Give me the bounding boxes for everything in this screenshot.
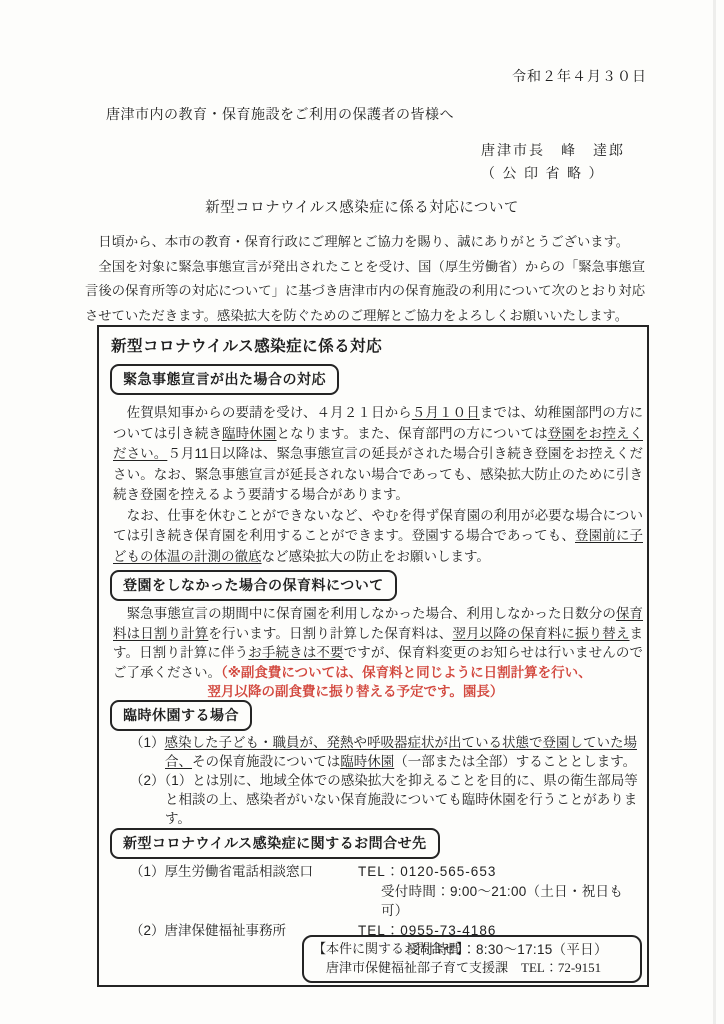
section-heading-childcare-fee: 登園をしなかった場合の保育料について [110, 570, 397, 601]
intro-paragraphs: 日頃から、本市の教育・保育行政にご理解とご協力を賜り、誠にありがとうございます。… [85, 230, 645, 328]
section-heading-inquiries: 新型コロナウイルス感染症に関するお問合せ先 [110, 828, 440, 859]
city-contact-box-detail: 唐津市保健福祉部子育て支援課 TEL：72-9151 [313, 959, 631, 978]
section1-paragraph-2: なお、仕事を休むことができないなど、やむを得ず保育園の利用が必要な場合については… [113, 506, 643, 568]
sender-seal-note: （ 公 印 省 略 ） [481, 163, 625, 186]
box-title: 新型コロナウイルス感染症に係る対応 [111, 334, 382, 356]
section-heading-temporary-closure: 臨時休園する場合 [110, 700, 252, 731]
sender-name: 唐津市長 峰 達郎 [481, 140, 625, 163]
intro-paragraph-1: 日頃から、本市の教育・保育行政にご理解とご協力を賜り、誠にありがとうございます。 [85, 230, 645, 255]
section-heading-emergency-declaration: 緊急事態宣言が出た場合の対応 [110, 364, 339, 395]
sender-block: 唐津市長 峰 達郎 （ 公 印 省 略 ） [481, 140, 625, 186]
section1-body: 佐賀県知事からの要請を受け、４月２１日から５月１０日までは、幼稚園部門の方につい… [113, 403, 643, 567]
closure-conditions-list: （1）感染した子ども・職員が、発熱や呼吸器症状が出ている状態で登園していた場合、… [130, 733, 642, 828]
contact-hours-mhlw: 受付時間：9:00～21:00（土日・祝日も可） [130, 882, 642, 921]
section2-paragraph: 緊急事態宣言の期間中に保育園を利用しなかった場合、利用しなかった日数分の保育料は… [113, 604, 643, 702]
contact-tel-mhlw: TEL：0120-565-653 [358, 862, 496, 882]
scanned-letter-page: 令和２年４月３０日 唐津市内の教育・保育施設をご利用の保護者の皆様へ 唐津市長 … [0, 0, 724, 1024]
city-contact-box: 【本件に関するお問合せ】 唐津市保健福祉部子育て支援課 TEL：72-9151 [302, 935, 642, 983]
document-date: 令和２年４月３０日 [512, 66, 647, 86]
contact-row-mhlw: （1）厚生労働省電話相談窓口 TEL：0120-565-653 [130, 862, 642, 882]
section1-paragraph-1: 佐賀県知事からの要請を受け、４月２１日から５月１０日までは、幼稚園部門の方につい… [113, 403, 643, 506]
response-main-box: 新型コロナウイルス感染症に係る対応 緊急事態宣言が出た場合の対応 佐賀県知事から… [97, 325, 649, 987]
intro-paragraph-2: 全国を対象に緊急事態宣言が発出されたことを受け、国（厚生労働省）からの「緊急事態… [85, 255, 645, 329]
document-subject: 新型コロナウイルス感染症に係る対応について [60, 196, 664, 217]
recipient-line: 唐津市内の教育・保育施設をご利用の保護者の皆様へ [106, 104, 454, 124]
city-contact-box-title: 【本件に関するお問合せ】 [313, 940, 631, 959]
contact-label-mhlw: （1）厚生労働省電話相談窓口 [130, 862, 358, 882]
closure-list-item-1: （1）感染した子ども・職員が、発熱や呼吸器症状が出ている状態で登園していた場合、… [130, 733, 642, 771]
closure-list-item-2: （2）（1）とは別に、地域全体での感染拡大を抑えることを目的に、県の衛生部局等と… [130, 771, 642, 828]
